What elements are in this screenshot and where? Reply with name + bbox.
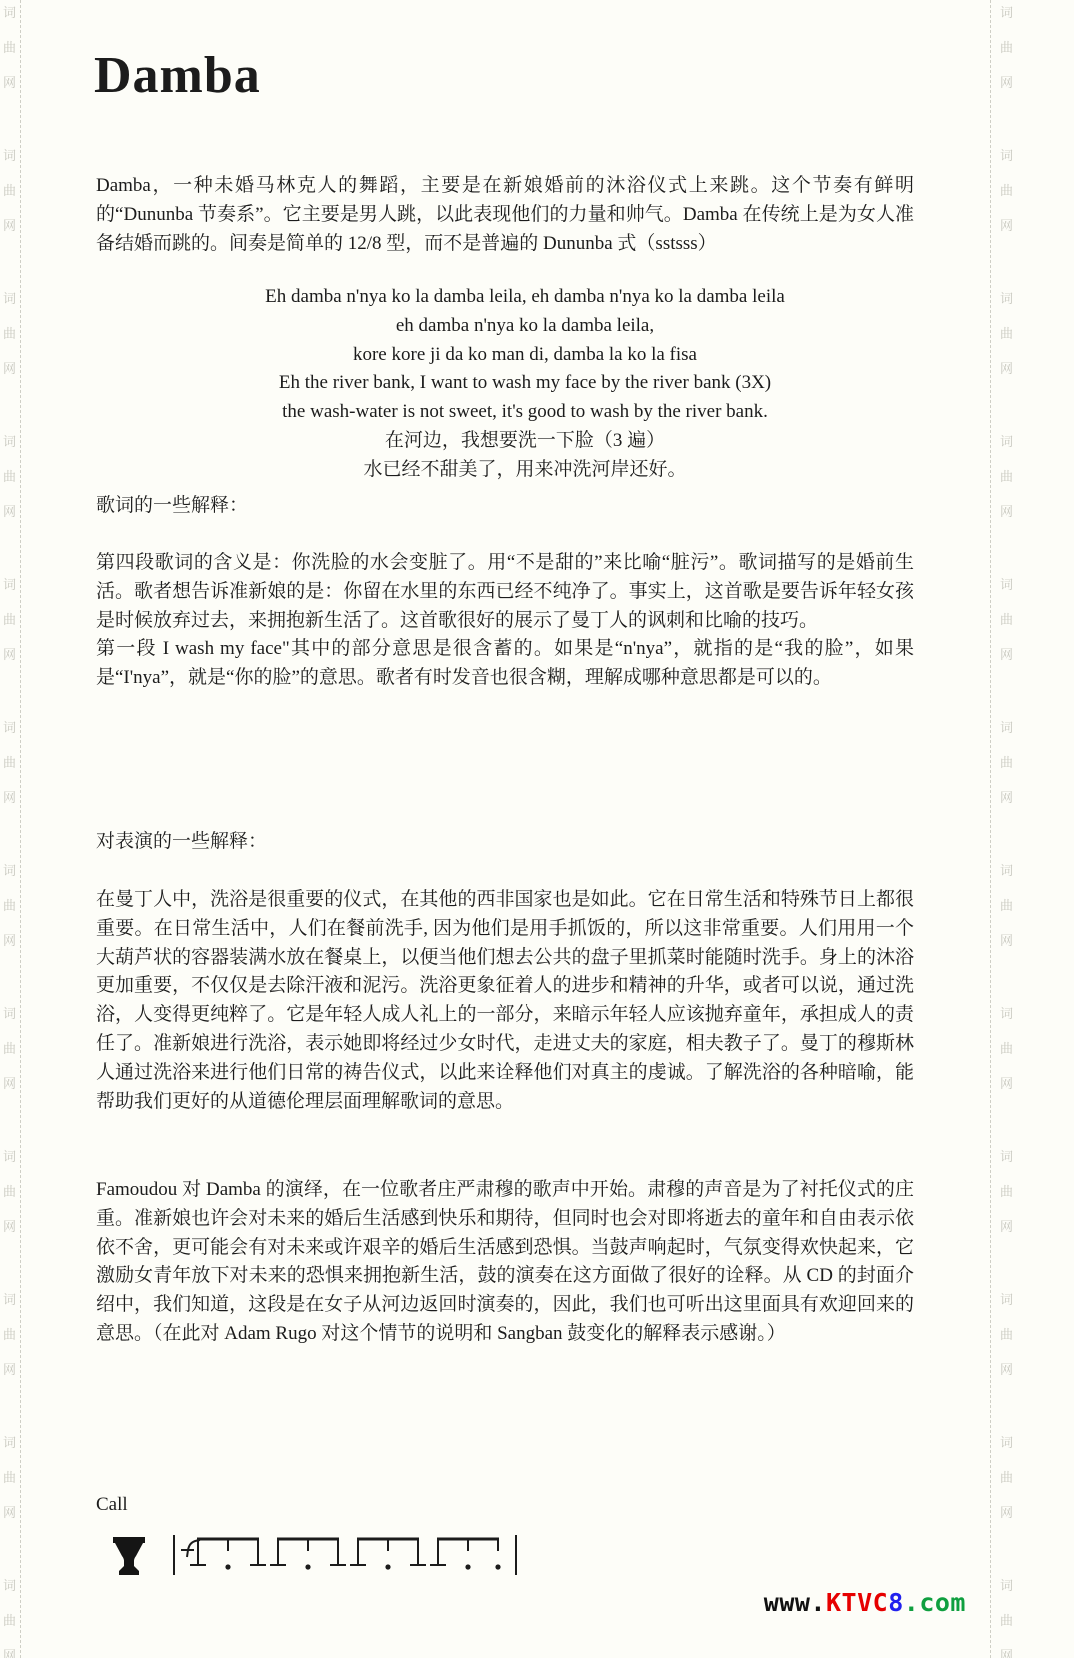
watermark-char: 网 [1000,1077,1013,1090]
watermark-char: 网 [1000,76,1013,89]
watermark-char: 网 [3,1649,16,1658]
performance-notes-heading: 对表演的一些解释： [96,828,914,857]
logo-segment: www. [764,1588,826,1617]
logo-segment: KTVC [826,1588,888,1617]
watermark-char: 词 [3,864,16,877]
watermark-char: 曲 [3,1042,16,1055]
watermark-char: 网 [1000,505,1013,518]
watermark-char: 曲 [1000,899,1013,912]
watermark-char: 词 [1000,1436,1013,1449]
watermark-char: 词 [3,6,16,19]
watermark-char: 曲 [3,613,16,626]
watermark-char: 曲 [1000,756,1013,769]
document-page: { "title": "Damba", "intro": "Damba，一种未婚… [0,0,1074,1658]
djembe-icon [112,1537,146,1575]
watermark-char: 网 [3,1220,16,1233]
watermark-char: 网 [1000,648,1013,661]
watermark-char: 曲 [1000,1614,1013,1627]
right-watermark-column: 词曲网词曲网词曲网词曲网词曲网词曲网词曲网词曲网词曲网词曲网词曲网词曲网 [988,0,1018,1658]
lyrics-notes: 第四段歌词的含义是：你洗脸的水会变脏了。用“不是甜的”来比喻“脏污”。歌词描写的… [96,549,914,693]
watermark-char: 词 [1000,435,1013,448]
watermark-char: 曲 [3,1471,16,1484]
watermark-char: 词 [3,1579,16,1592]
watermark-char: 网 [1000,219,1013,232]
lyric-line: 水已经不甜美了，用来冲洗河岸还好。 [116,456,934,485]
watermark-char: 词 [1000,1150,1013,1163]
watermark-char: 曲 [3,327,16,340]
watermark-char: 曲 [1000,1185,1013,1198]
watermark-char: 网 [1000,1220,1013,1233]
watermark-char: 网 [3,219,16,232]
page-title: Damba [94,46,261,106]
watermark-char: 网 [3,76,16,89]
watermark-char: 词 [1000,1007,1013,1020]
left-dashed-divider [20,0,21,1658]
watermark-char: 曲 [1000,41,1013,54]
watermark-char: 曲 [3,1185,16,1198]
watermark-char: 网 [3,505,16,518]
watermark-char: 网 [3,791,16,804]
watermark-char: 词 [1000,864,1013,877]
lyric-line: eh damba n'nya ko la damba leila, [116,312,934,341]
logo-segment: 8 [888,1588,904,1617]
watermark-char: 网 [1000,1363,1013,1376]
performance-note-paragraph: 在曼丁人中，洗浴是很重要的仪式，在其他的西非国家也是如此。它在日常生活和特殊节日… [96,886,914,1116]
watermark-char: 词 [1000,721,1013,734]
watermark-char: 曲 [3,756,16,769]
lyrics-notes-heading: 歌词的一些解释： [96,492,914,521]
watermark-char: 曲 [1000,327,1013,340]
call-notation [112,1534,520,1578]
ktvc8-watermark: www.KTVC8.com [764,1589,966,1617]
watermark-char: 词 [3,149,16,162]
watermark-char: 词 [1000,149,1013,162]
intro-paragraph: Damba，一种未婚马林克人的舞蹈，主要是在新娘婚前的沐浴仪式上来跳。这个节奏有… [96,172,914,258]
watermark-char: 曲 [1000,1471,1013,1484]
lyrics-block: Eh damba n'nya ko la damba leila, eh dam… [116,283,934,485]
watermark-char: 网 [3,362,16,375]
watermark-char: 曲 [3,41,16,54]
watermark-char: 网 [1000,934,1013,947]
lyrics-note-paragraph: 第一段 I wash my face"其中的部分意思是很含蓄的。如果是“n'ny… [96,635,914,693]
watermark-char: 词 [3,1436,16,1449]
watermark-char: 网 [1000,362,1013,375]
watermark-char: 词 [3,1293,16,1306]
lyric-line: 在河边，我想要洗一下脸（3 遍） [116,427,934,456]
watermark-char: 词 [1000,578,1013,591]
right-dashed-divider [990,0,991,1658]
watermark-char: 网 [1000,1649,1013,1658]
watermark-char: 词 [3,435,16,448]
watermark-char: 网 [3,1506,16,1519]
watermark-char: 曲 [1000,184,1013,197]
lyrics-note-paragraph: 第四段歌词的含义是：你洗脸的水会变脏了。用“不是甜的”来比喻“脏污”。歌词描写的… [96,549,914,635]
watermark-char: 曲 [3,184,16,197]
watermark-char: 词 [3,1150,16,1163]
watermark-char: 词 [3,578,16,591]
watermark-char: 网 [3,1077,16,1090]
lyric-line: the wash-water is not sweet, it's good t… [116,398,934,427]
watermark-char: 网 [1000,1506,1013,1519]
watermark-char: 网 [3,1363,16,1376]
watermark-char: 曲 [1000,1328,1013,1341]
watermark-char: 曲 [1000,470,1013,483]
performance-note-paragraph: Famoudou 对 Damba 的演绎，在一位歌者庄严肃穆的歌声中开始。肃穆的… [96,1176,914,1349]
watermark-char: 词 [3,721,16,734]
left-watermark-column: 词曲网词曲网词曲网词曲网词曲网词曲网词曲网词曲网词曲网词曲网词曲网词曲网 [0,0,30,1658]
rhythm-notation [168,1534,520,1578]
watermark-char: 曲 [3,899,16,912]
watermark-char: 曲 [1000,613,1013,626]
watermark-char: 曲 [1000,1042,1013,1055]
watermark-char: 曲 [3,470,16,483]
lyric-line: kore kore ji da ko man di, damba la ko l… [116,341,934,370]
watermark-char: 词 [1000,1579,1013,1592]
logo-segment: .com [904,1588,966,1617]
call-label: Call [96,1494,128,1516]
watermark-char: 网 [3,934,16,947]
watermark-char: 词 [3,1007,16,1020]
watermark-char: 词 [1000,6,1013,19]
watermark-char: 网 [1000,791,1013,804]
watermark-char: 词 [3,292,16,305]
watermark-char: 网 [3,648,16,661]
watermark-char: 词 [1000,292,1013,305]
watermark-char: 曲 [3,1328,16,1341]
watermark-char: 词 [1000,1293,1013,1306]
watermark-char: 曲 [3,1614,16,1627]
lyric-line: Eh the river bank, I want to wash my fac… [116,369,934,398]
lyric-line: Eh damba n'nya ko la damba leila, eh dam… [116,283,934,312]
